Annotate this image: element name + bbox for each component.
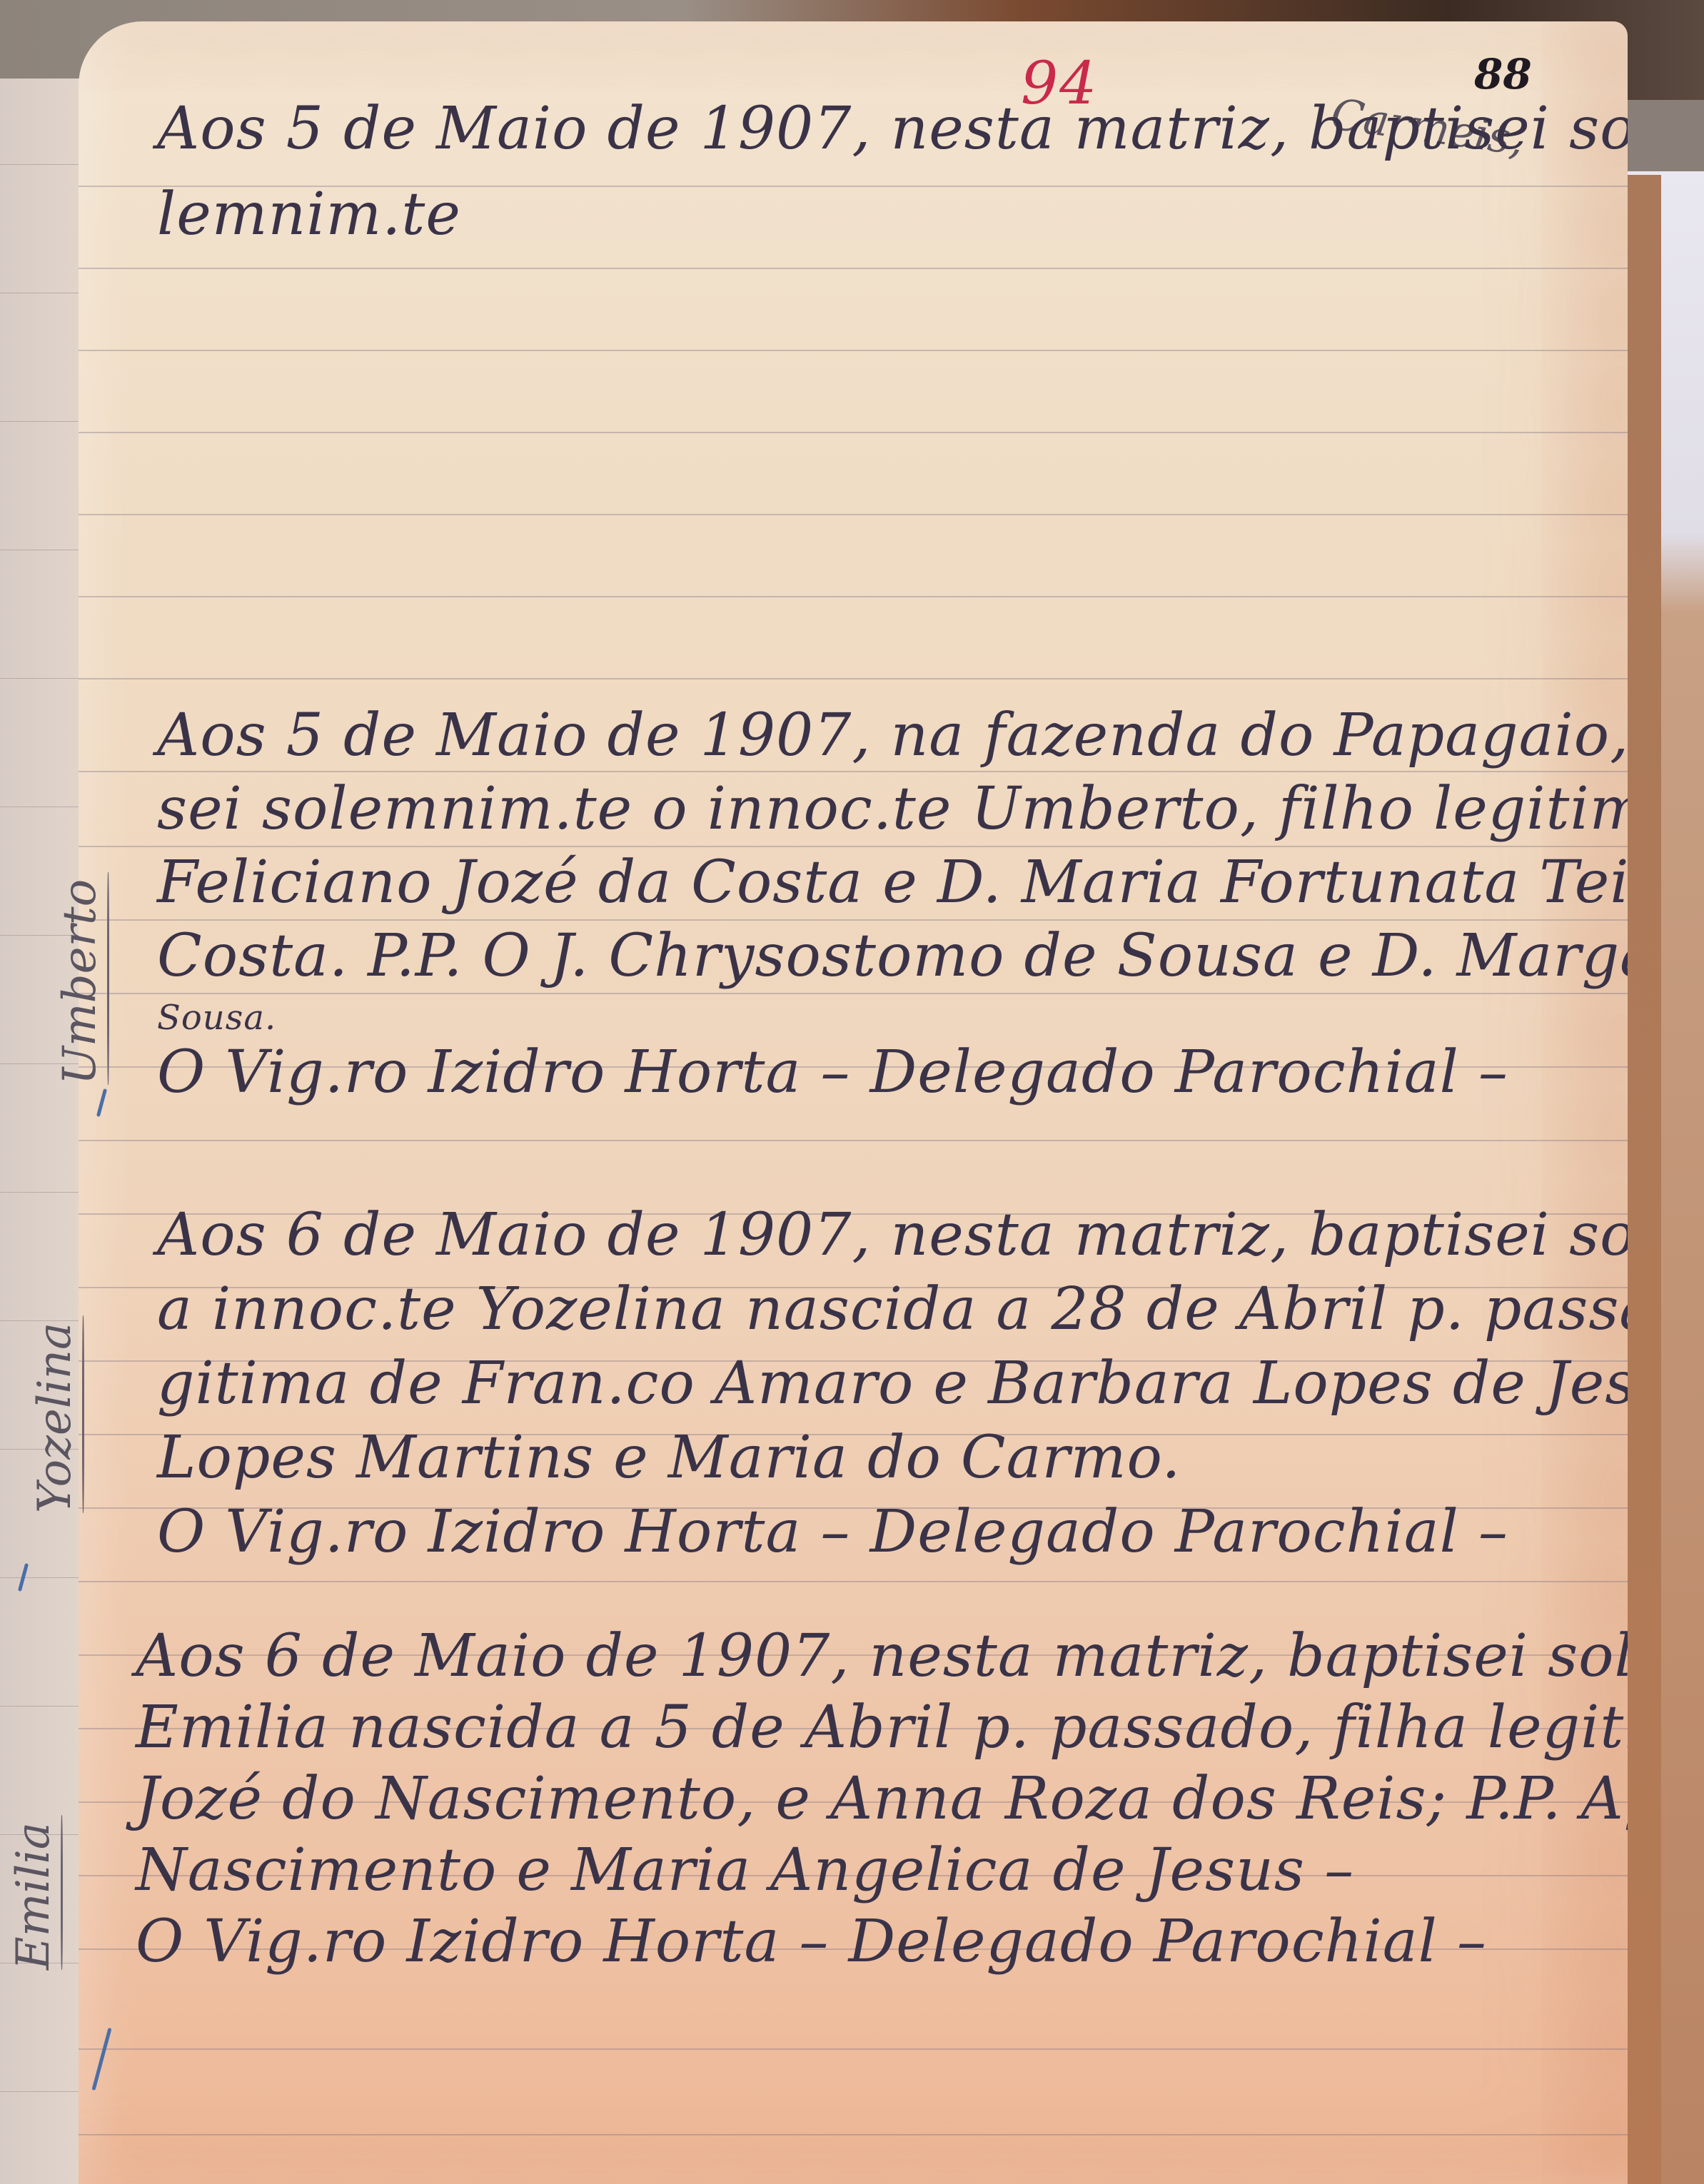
entry-line: Sousa. xyxy=(157,1001,1628,1043)
margin-name-umberto: Umberto xyxy=(54,879,106,1085)
entry-line: Aos 5 de Maio de 1907, nesta matriz, bap… xyxy=(157,100,1628,186)
baptism-entry-umberto: Aos 5 de Maio de 1907, na fazenda do Pap… xyxy=(157,707,1628,1117)
entry-line: Aos 6 de Maio de 1907, nesta matriz, bap… xyxy=(136,1627,1628,1699)
entry-line: Feliciano Jozé da Costa e D. Maria Fortu… xyxy=(157,854,1628,927)
entry-line: Aos 6 de Maio de 1907, nesta matriz, bap… xyxy=(157,1206,1628,1280)
priest-signature: O Vig.ro Izidro Horta – Delegado Parochi… xyxy=(136,1913,1628,1984)
entry-line: Aos 5 de Maio de 1907, na fazenda do Pap… xyxy=(157,707,1628,780)
folio-number-black: 88 xyxy=(1474,50,1532,98)
priest-signature: O Vig.ro Izidro Horta – Delegado Parochi… xyxy=(157,1043,1628,1117)
entry-line: Costa. P.P. O J. Chrysostomo de Sousa e … xyxy=(157,927,1628,1001)
entry-line: gitima de Fran.co Amaro e Barbara Lopes … xyxy=(157,1355,1628,1429)
entry-line: lemnim.te xyxy=(157,186,1628,271)
priest-signature: O Vig.ro Izidro Horta – Delegado Parochi… xyxy=(157,1503,1628,1577)
baptism-entry-yozelina: Aos 6 de Maio de 1907, nesta matriz, bap… xyxy=(157,1206,1628,1577)
register-page: 94 88 Carmeis, Aos 5 de Maio de 1907, ne… xyxy=(79,21,1628,2184)
entry-line: Jozé do Nascimento, e Anna Roza dos Reis… xyxy=(136,1770,1628,1841)
entry-line: sei solemnim.te o innoc.te Umberto, filh… xyxy=(157,780,1628,854)
baptism-entry-0: Aos 5 de Maio de 1907, nesta matriz, bap… xyxy=(157,100,1628,271)
entry-line: Lopes Martins e Maria do Carmo. xyxy=(157,1429,1628,1503)
margin-name-yozelina: Yozelina xyxy=(29,1323,81,1513)
baptism-entry-emilia: Aos 6 de Maio de 1907, nesta matriz, bap… xyxy=(136,1627,1628,1984)
entry-line: Emilia nascida a 5 de Abril p. passado, … xyxy=(136,1699,1628,1770)
entry-line: a innoc.te Yozelina nascida a 28 de Abri… xyxy=(157,1280,1628,1355)
entry-line: Nascimento e Maria Angelica de Jesus – xyxy=(136,1841,1628,1913)
margin-name-emilia: Emilia xyxy=(7,1822,60,1970)
